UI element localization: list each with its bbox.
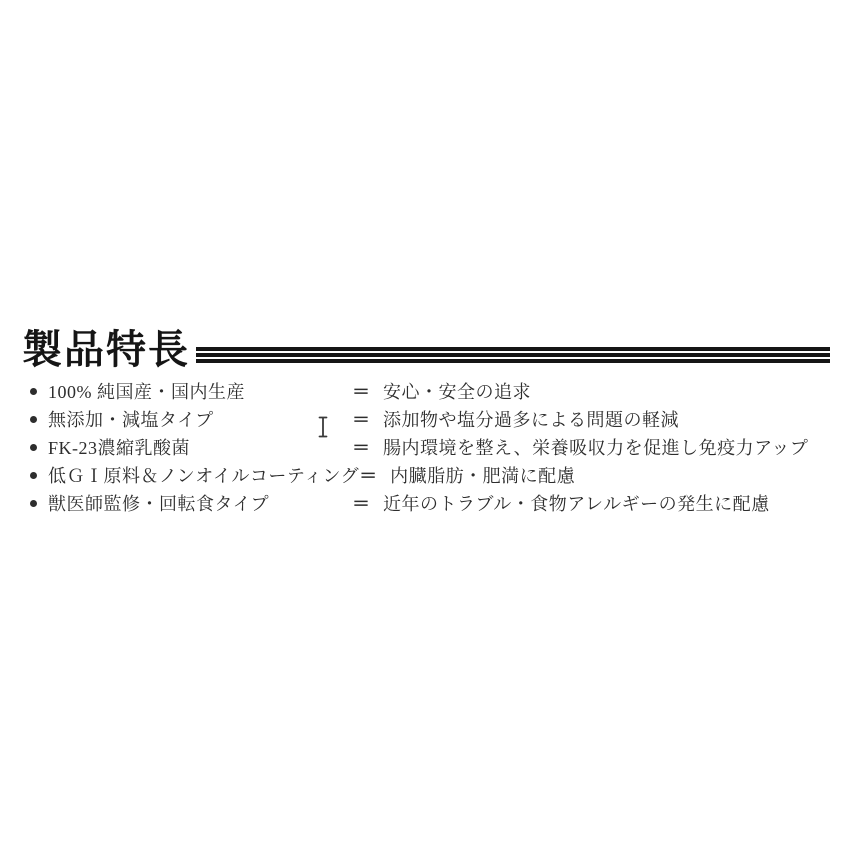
- benefit-label: 内臓脂肪・肥満に配慮: [390, 462, 575, 488]
- rule-line: [196, 353, 830, 357]
- feature-list: 100% 純国産・国内生産 ＝ 安心・安全の追求 無添加・減塩タイプ ＝ 添加物…: [30, 377, 832, 517]
- equals-separator: ＝: [352, 490, 383, 516]
- feature-row: FK-23濃縮乳酸菌 ＝ 腸内環境を整え、栄養吸収力を促進し免疫力アップ: [30, 433, 832, 461]
- feature-row: 100% 純国産・国内生産 ＝ 安心・安全の追求: [30, 377, 832, 405]
- product-features-page: 製品特長 100% 純国産・国内生産 ＝ 安心・安全の追求 無添加・減塩タイプ …: [0, 0, 842, 842]
- bullet-icon: [30, 444, 48, 451]
- rule-line: [196, 359, 830, 363]
- text-cursor-icon: [317, 416, 329, 438]
- bullet-icon: [30, 388, 48, 395]
- benefit-label: 近年のトラブル・食物アレルギーの発生に配慮: [383, 490, 770, 516]
- feature-row: 低ＧＩ原料＆ノンオイルコーティング ＝ 内臓脂肪・肥満に配慮: [30, 461, 832, 489]
- page-title: 製品特長: [22, 328, 190, 372]
- bullet-icon: [30, 500, 48, 507]
- feature-label: 100% 純国産・国内生産: [48, 378, 352, 404]
- benefit-label: 安心・安全の追求: [383, 378, 531, 404]
- triple-line-rule: [196, 347, 830, 363]
- benefit-label: 添加物や塩分過多による問題の軽減: [383, 406, 679, 432]
- feature-row: 無添加・減塩タイプ ＝ 添加物や塩分過多による問題の軽減: [30, 405, 832, 433]
- section-header: 製品特長: [22, 328, 830, 372]
- rule-line: [196, 347, 830, 351]
- equals-separator: ＝: [359, 462, 390, 488]
- feature-label: FK-23濃縮乳酸菌: [48, 434, 352, 460]
- bullet-icon: [30, 472, 48, 479]
- feature-label: 獣医師監修・回転食タイプ: [48, 490, 352, 516]
- equals-separator: ＝: [352, 378, 383, 404]
- equals-separator: ＝: [352, 406, 383, 432]
- bullet-icon: [30, 416, 48, 423]
- feature-row: 獣医師監修・回転食タイプ ＝ 近年のトラブル・食物アレルギーの発生に配慮: [30, 489, 832, 517]
- feature-label: 低ＧＩ原料＆ノンオイルコーティング: [48, 462, 359, 488]
- benefit-label: 腸内環境を整え、栄養吸収力を促進し免疫力アップ: [383, 434, 808, 460]
- feature-label: 無添加・減塩タイプ: [48, 406, 352, 432]
- equals-separator: ＝: [352, 434, 383, 460]
